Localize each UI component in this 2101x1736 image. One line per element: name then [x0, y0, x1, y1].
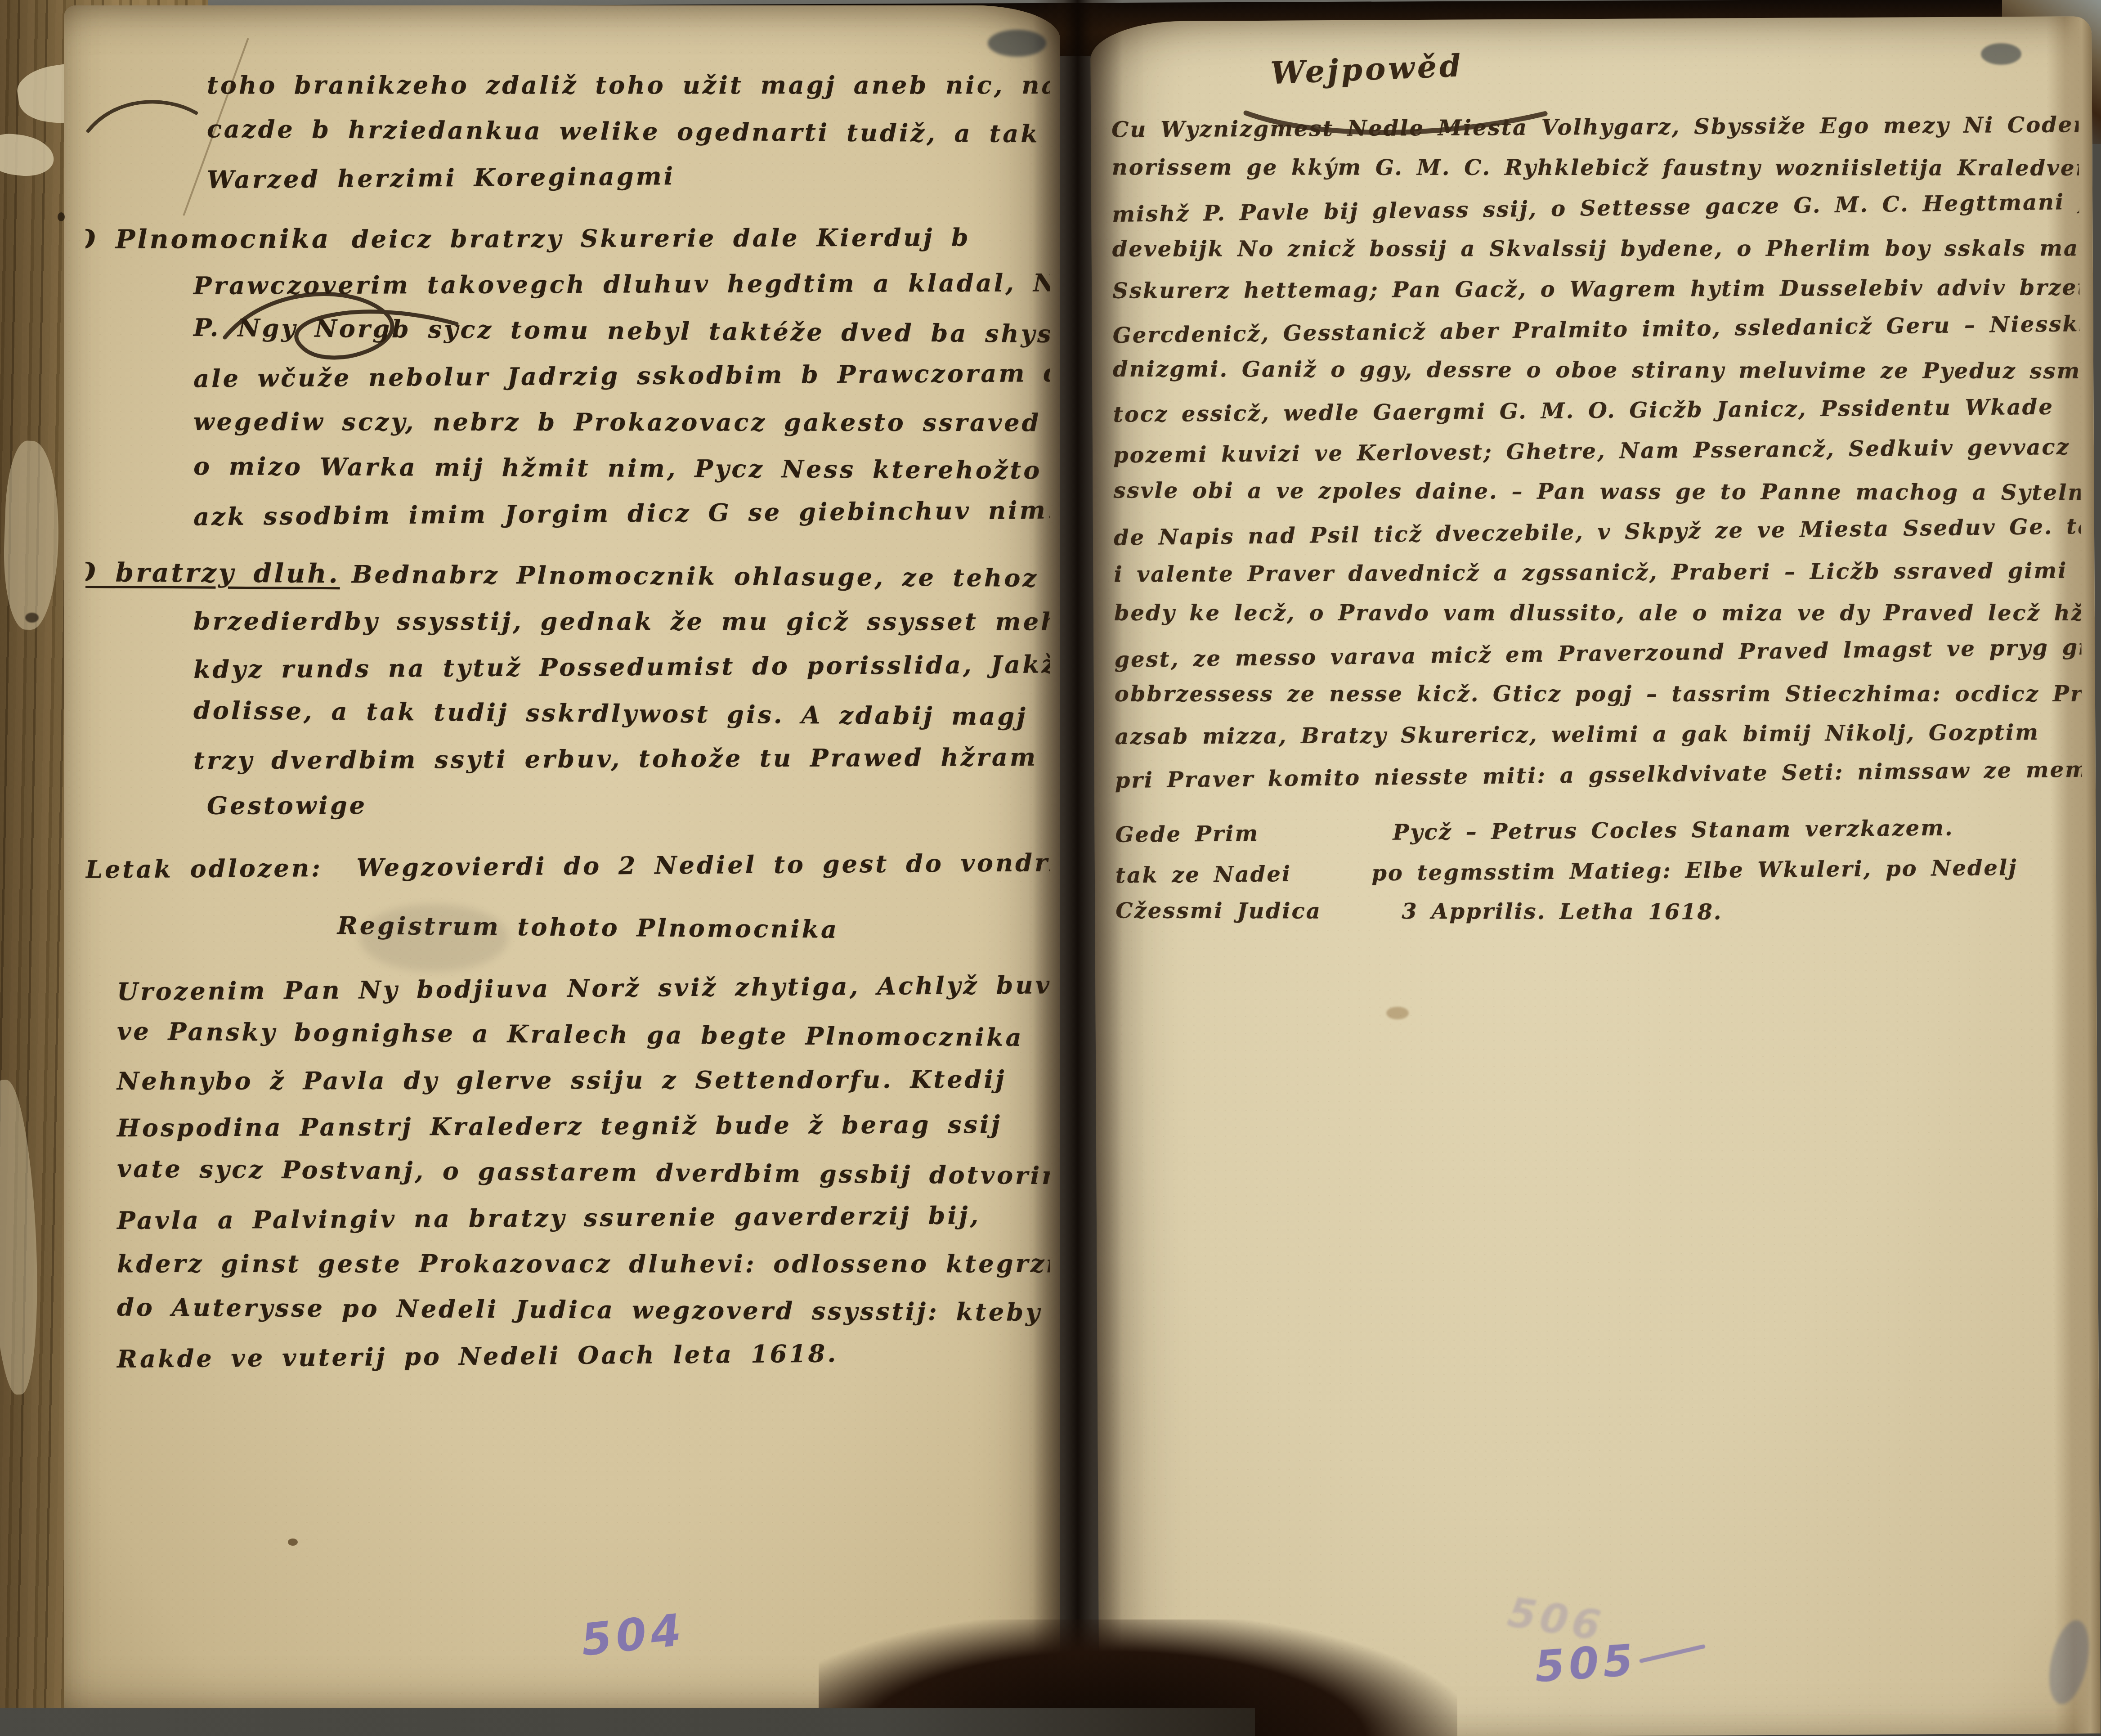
line-text: do Auterysse po Nedeli Judica wegzoverd … — [117, 1292, 1042, 1326]
paragraph-block: Gede Prim Pycž – Petrus Cocles Stanam ve… — [1115, 808, 2083, 934]
handwritten-line: bedy ke lecž, o Pravdo vam dlussito, ale… — [1114, 593, 2081, 634]
handwritten-line: Nehnybo ž Pavla dy glerve ssiju z Setten… — [85, 1056, 1050, 1104]
handwritten-line: devebijk No znicž bossij a Skvalssij byd… — [1112, 228, 2079, 269]
handwritten-line: de Napis nad Psil ticž dveczebile, v Skp… — [1114, 506, 2081, 558]
handwritten-line: ssvle obi a ve zpoles daine. – Pan wass … — [1113, 471, 2080, 513]
handwritten-line: Sskurerz hettemag; Pan Gacž, o Wagrem hy… — [1112, 267, 2079, 311]
line-text: Rakde ve vuterij po Nedeli Oach leta 161… — [117, 1339, 838, 1373]
line-text: Letak odlozen: Wegzovierdi do 2 Nediel t… — [85, 845, 1050, 884]
handwritten-line: Gercdenicž, Gesstanicž aber Pralmito imi… — [1112, 304, 2080, 356]
right-page: Wejpowěd Cu Wyznizgmest Nedle Miesta Vol… — [1090, 16, 2101, 1736]
handwritten-line: Prawczoverim takovegch dluhuv hegdtim a … — [85, 260, 1050, 309]
line-text: mishž P. Pavle bij glevass ssij, o Sette… — [1112, 187, 2084, 227]
margin-heading: O Plnomocnika — [85, 215, 352, 262]
handwritten-line: azk ssodbim imim Jorgim dicz G se giebin… — [85, 487, 1050, 541]
handwritten-line: pozemi kuvizi ve Kerlovest; Ghetre, Nam … — [1113, 427, 2081, 476]
line-text: Gercdenicž, Gesstanicž aber Pralmito imi… — [1112, 311, 2084, 348]
line-text: dnizgmi. Ganiž o ggy, dessre o oboe stir… — [1113, 357, 2084, 384]
handwritten-line: brzedierdby ssysstij, gednak že mu gicž … — [85, 598, 1050, 644]
line-text: cazde b hrziedankua welike ogednarti tud… — [207, 114, 1050, 149]
handwritten-line: mishž P. Pavle bij glevass ssij, o Sette… — [1112, 182, 2079, 235]
handwritten-line: Pavla a Palvingiv na bratzy ssurenie gav… — [85, 1192, 1050, 1243]
handwritten-line: ve Pansky bognighse a Kralech ga begte P… — [85, 1008, 1050, 1061]
line-text: tocz essicž, wedle Gaergmi G. M. O. Gicž… — [1113, 395, 2054, 427]
line-text: ve Pansky bognighse a Kralech ga begte P… — [117, 1017, 1024, 1052]
line-text: ssvle obi a ve zpoles daine. – Pan wass … — [1113, 478, 2084, 506]
line-text: Prawczoverim takovegch dluhuv hegdtim a … — [193, 268, 1050, 300]
handwritten-line: azsab mizza, Bratzy Skurericz, welimi a … — [1115, 712, 2082, 757]
line-text: vate sycz Postvanj, o gasstarem dverdbim… — [117, 1154, 1050, 1190]
handwritten-line: o mizo Warka mij hžmit nim, Pycz Ness kt… — [85, 443, 1050, 493]
handwritten-line: kdyz runds na tytuž Possedumist do poris… — [85, 641, 1050, 693]
handwritten-line: dnizgmi. Ganiž o ggy, dessre o oboe stir… — [1113, 349, 2080, 392]
line-text: tak ze Nadei po tegmsstim Matieg: Elbe W… — [1115, 855, 2018, 888]
line-text: azsab mizza, Bratzy Skurericz, welimi a … — [1115, 720, 2039, 749]
line-text: Pavla a Palvingiv na bratzy ssurenie gav… — [117, 1201, 981, 1235]
handwritten-line: i valente Praver davednicž a zgssanicž, … — [1114, 551, 2081, 595]
line-text: wegediw sczy, nebrz b Prokazovacz gakest… — [193, 407, 1050, 437]
handwritten-line: tak ze Nadei po tegmsstim Matieg: Elbe W… — [1115, 847, 2083, 896]
line-text: norissem ge kkým G. M. C. Ryhklebicž fau… — [1112, 155, 2084, 181]
handwritten-line: Urozenim Pan Ny bodjiuva Norž sviž zhyti… — [85, 962, 1050, 1015]
paragraph-block: Urozenim Pan Ny bodjiuva Norž sviž zhyti… — [85, 965, 1050, 1378]
right-page-text: Cu Wyznizgmest Nedle Miesta Volhygarz, S… — [1111, 104, 2084, 1189]
page-heading: Wejpowěd — [1270, 48, 1464, 91]
line-text: kdyz runds na tytuž Possedumist do poris… — [193, 649, 1050, 684]
line-text: Bednabrz Plnomocznik ohlasuge, ze tehoz — [352, 560, 1039, 592]
handwritten-line: ale wčuže nebolur Jadrzig sskodbim b Pra… — [85, 350, 1050, 402]
handwritten-line: kderz ginst geste Prokazovacz dluhevi: o… — [85, 1241, 1050, 1287]
line-text: Cu Wyznizgmest Nedle Miesta Volhygarz, S… — [1111, 112, 2084, 142]
line-text: pri Praver komito niesste miti: a gsselk… — [1115, 757, 2084, 794]
line-text: toho branikzeho zdaliž toho užit magj an… — [207, 71, 1050, 99]
torn-edge — [1, 440, 62, 631]
left-page-text: toho branikzeho zdaliž toho užit magj an… — [85, 62, 1050, 1547]
line-text: Hospodina Panstrj Kralederz tegniž bude … — [117, 1110, 1002, 1142]
line-text: obbrzessess ze nesse kicž. Gticz pogj – … — [1115, 682, 2084, 707]
line-text: i valente Praver davednicž a zgssanicž, … — [1114, 558, 2084, 588]
line-text: Gestowige — [207, 791, 367, 820]
handwritten-line: pri Praver komito niesste miti: a gsselk… — [1115, 749, 2082, 801]
handwritten-line: norissem ge kkým G. M. C. Ryhklebicž fau… — [1112, 147, 2079, 188]
line-text: ale wčuže nebolur Jadrzig sskodbim b Pra… — [193, 358, 1050, 393]
line-text: trzy dverdbim ssyti erbuv, tohože tu Pra… — [193, 742, 1050, 775]
paragraph-block: Registrum tohoto Plnomocnika — [85, 904, 1050, 950]
torn-edge — [0, 1079, 41, 1395]
line-text: bedy ke lecž, o Pravdo vam dlussito, ale… — [1114, 601, 2084, 626]
line-text: kderz ginst geste Prokazovacz dluhevi: o… — [117, 1249, 1050, 1278]
line-text: dolisse, a tak tudij sskrdlywost gis. A … — [193, 696, 1028, 731]
line-text: Warzed herzimi Koreginagmi — [207, 161, 676, 194]
line-text: brzedierdby ssysstij, gednak že mu gicž … — [193, 607, 1050, 636]
handwritten-line: obbrzessess ze nesse kicž. Gticz pogj – … — [1115, 674, 2082, 715]
handwritten-line: Rakde ve vuterij po Nedeli Oach leta 161… — [85, 1329, 1050, 1382]
handwritten-line: Registrum tohoto Plnomocnika — [85, 901, 1050, 954]
handwritten-line: trzy dverdbim ssyti erbuv, tohože tu Pra… — [85, 734, 1050, 784]
handwritten-line: P. Ngy Norgb sycz tomu nebyl taktéže dve… — [85, 304, 1050, 357]
handwritten-line: Hospodina Panstrj Kralederz tegniž bude … — [85, 1101, 1050, 1151]
paragraph-block: O Plnomocnikadeicz bratrzy Skurerie dale… — [85, 215, 1050, 537]
handwritten-line: dolisse, a tak tudij sskrdlywost gis. A … — [85, 686, 1050, 740]
background-strip — [0, 1708, 1255, 1736]
line-text: o mizo Warka mij hžmit nim, Pycz Ness kt… — [193, 452, 1050, 485]
handwritten-line: wegediw sczy, nebrz b Prokazovacz gakest… — [85, 399, 1050, 446]
handwritten-line: Cu Wyznizgmest Nedle Miesta Volhygarz, S… — [1111, 104, 2079, 150]
handwritten-line: gest, ze messo varava micž em Praverzoun… — [1114, 627, 2082, 680]
handwritten-line: Warzed herzimi Koreginagmi — [85, 150, 1050, 204]
line-text: Nehnybo ž Pavla dy glerve ssiju z Setten… — [117, 1065, 1007, 1095]
line-text: gest, ze messo varava micž em Praverzoun… — [1114, 633, 2084, 673]
handwritten-line: vate sycz Postvanj, o gasstarem dverdbim… — [85, 1145, 1050, 1198]
handwritten-line: Letak odlozen: Wegzovierdi do 2 Nediel t… — [85, 839, 1050, 893]
line-text: Sskurerz hettemag; Pan Gacž, o Wagrem hy… — [1112, 275, 2084, 304]
handwritten-line: O bratrzy dluh.Bednabrz Plnomocznik ohla… — [85, 549, 1050, 601]
handwritten-line: Gestowige — [85, 781, 1050, 829]
line-text: pozemi kuvizi ve Kerlovest; Ghetre, Nam … — [1113, 434, 2084, 468]
line-text: Registrum tohoto Plnomocnika — [337, 911, 839, 944]
line-text: de Napis nad Psil ticž dveczebile, v Skp… — [1114, 513, 2084, 550]
handwritten-line: Cžessmi Judica 3 Apprilis. Letha 1618. — [1115, 891, 2083, 933]
line-text: Urozenim Pan Ny bodjiuva Norž sviž zhyti… — [117, 970, 1050, 1006]
folio-number-left: 504 — [579, 1604, 688, 1666]
line-text: azk ssodbim imim Jorgim dicz G se giebin… — [193, 495, 1050, 531]
line-text: P. Ngy Norgb sycz tomu nebyl taktéže dve… — [193, 313, 1050, 349]
line-text: devebijk No znicž bossij a Skvalssij byd… — [1112, 236, 2084, 262]
paragraph-block: Cu Wyznizgmest Nedle Miesta Volhygarz, S… — [1111, 104, 2082, 798]
paragraph-block: toho branikzeho zdaliž toho užit magj an… — [85, 62, 1050, 200]
margin-heading: O bratrzy dluh. — [85, 549, 352, 597]
line-text: Gede Prim Pycž – Petrus Cocles Stanam ve… — [1115, 815, 1954, 847]
handwritten-line: do Auterysse po Nedeli Judica wegzoverd … — [85, 1284, 1050, 1335]
handwritten-line: toho branikzeho zdaliž toho užit magj an… — [85, 62, 1050, 108]
paragraph-block: Letak odlozen: Wegzovierdi do 2 Nediel t… — [85, 843, 1050, 889]
paragraph-block: O bratrzy dluh.Bednabrz Plnomocznik ohla… — [85, 552, 1050, 828]
torn-edge — [0, 131, 56, 179]
handwritten-line: cazde b hrziedankua welike ogednarti tud… — [85, 105, 1050, 157]
line-text: deicz bratrzy Skurerie dale Kierduj b — [352, 223, 971, 253]
folio-number-right: 505 — [1533, 1635, 1639, 1692]
handwritten-line: O Plnomocnikadeicz bratrzy Skurerie dale… — [85, 214, 1050, 263]
line-text: Cžessmi Judica 3 Apprilis. Letha 1618. — [1115, 898, 1722, 925]
book-scan: toho branikzeho zdaliž toho užit magj an… — [0, 0, 2101, 1736]
